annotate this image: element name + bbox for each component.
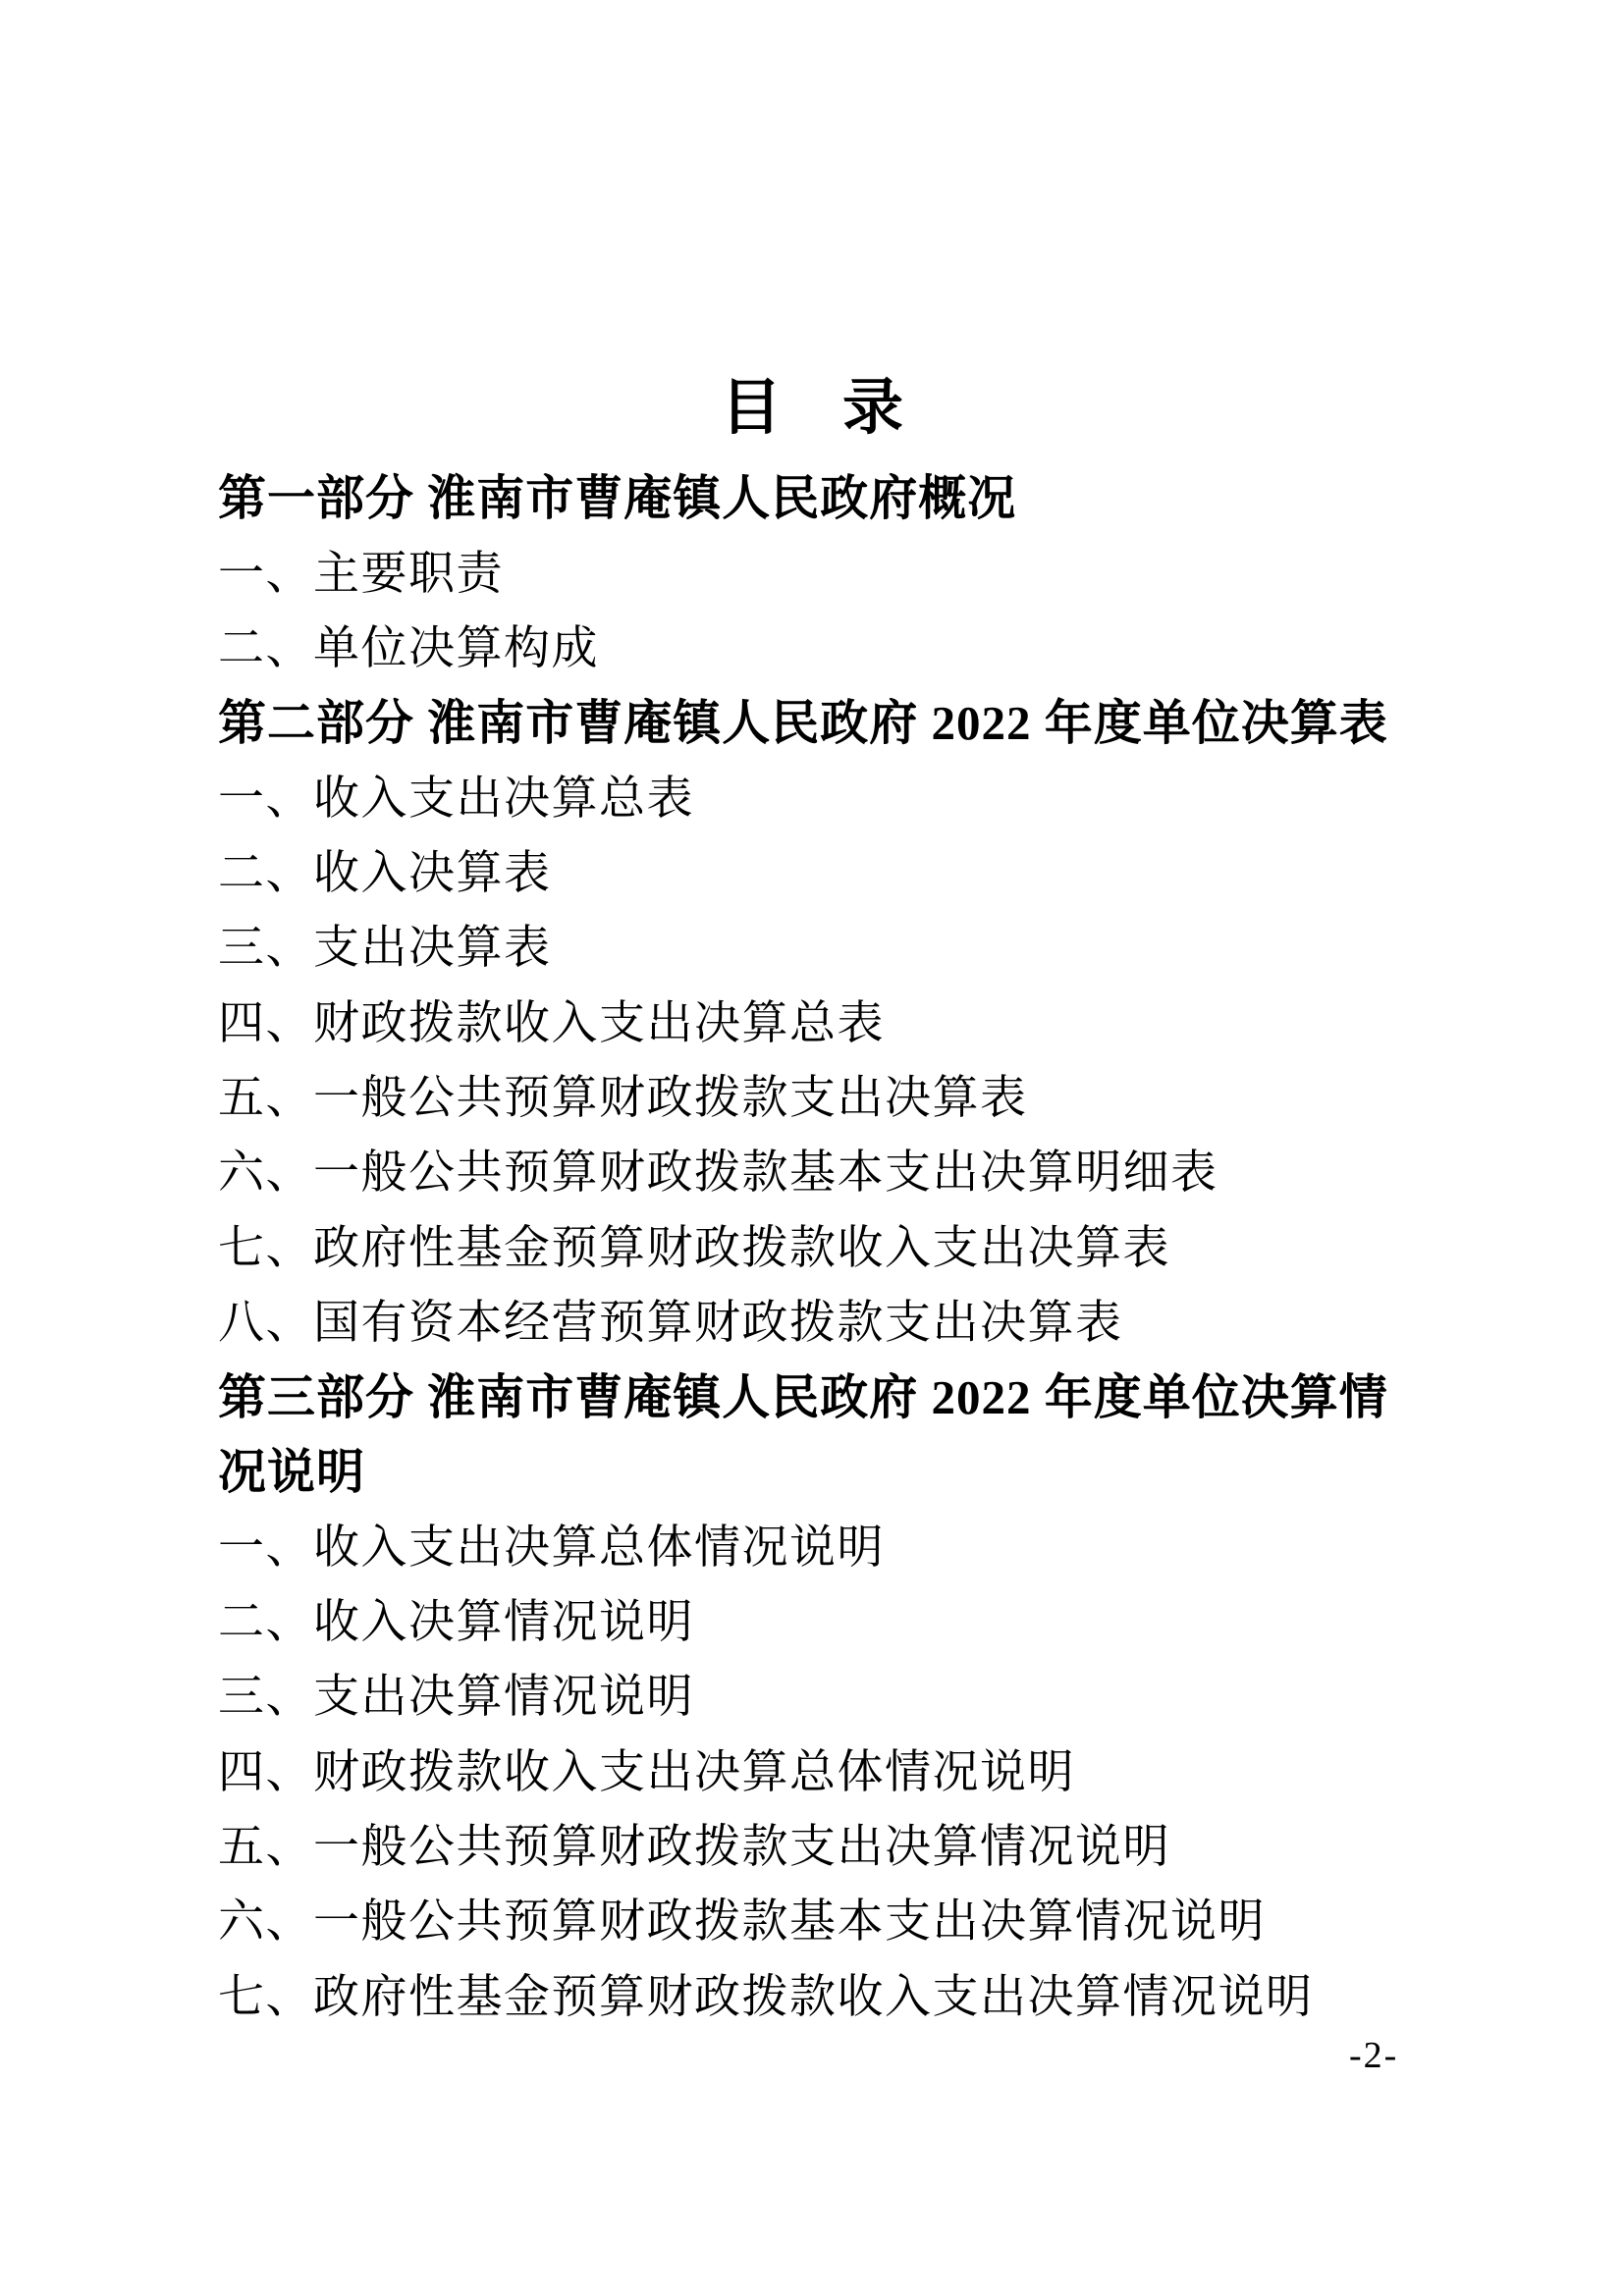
toc-item: 六、一般公共预算财政拨款基本支出决算明细表 (218, 1132, 1475, 1206)
toc-item: 一、收入支出决算总体情况说明 (218, 1506, 1475, 1580)
toc-item: 六、一般公共预算财政拨款基本支出决算情况说明 (218, 1881, 1475, 1955)
toc-item: 三、支出决算表 (218, 907, 1475, 982)
toc-item: 五、一般公共预算财政拨款支出决算情况说明 (218, 1805, 1475, 1880)
page-number: -2- (1349, 2034, 1398, 2077)
toc-item: 一、收入支出决算总表 (218, 757, 1475, 831)
toc-part-heading: 第三部分 淮南市曹庵镇人民政府 2022 年度单位决算情 (218, 1357, 1475, 1431)
toc-item: 五、一般公共预算财政拨款支出决算表 (218, 1056, 1475, 1131)
toc-item: 四、财政拨款收入支出决算总体情况说明 (218, 1731, 1475, 1805)
toc-part-heading: 第一部分 淮南市曹庵镇人民政府概况 (218, 457, 1475, 532)
toc-item: 二、收入决算表 (218, 831, 1475, 906)
toc-part-heading: 第二部分 淮南市曹庵镇人民政府 2022 年度单位决算表 (218, 682, 1475, 757)
table-of-contents: 第一部分 淮南市曹庵镇人民政府概况 一、主要职责 二、单位决算构成 第二部分 淮… (218, 457, 1475, 2030)
toc-item: 七、政府性基金预算财政拨款收入支出决算情况说明 (218, 1955, 1475, 2030)
toc-item: 二、单位决算构成 (218, 608, 1475, 682)
toc-item: 三、支出决算情况说明 (218, 1656, 1475, 1731)
toc-title: 目 录 (0, 375, 1624, 442)
toc-item: 八、国有资本经营预算财政拨款支出决算表 (218, 1281, 1475, 1356)
toc-item: 七、政府性基金预算财政拨款收入支出决算表 (218, 1206, 1475, 1281)
document-page: 目 录 第一部分 淮南市曹庵镇人民政府概况 一、主要职责 二、单位决算构成 第二… (0, 0, 1624, 2296)
toc-part-heading-continuation: 况说明 (218, 1431, 1475, 1506)
toc-item: 一、主要职责 (218, 532, 1475, 607)
toc-item: 四、财政拨款收入支出决算总表 (218, 982, 1475, 1056)
toc-item: 二、收入决算情况说明 (218, 1580, 1475, 1655)
